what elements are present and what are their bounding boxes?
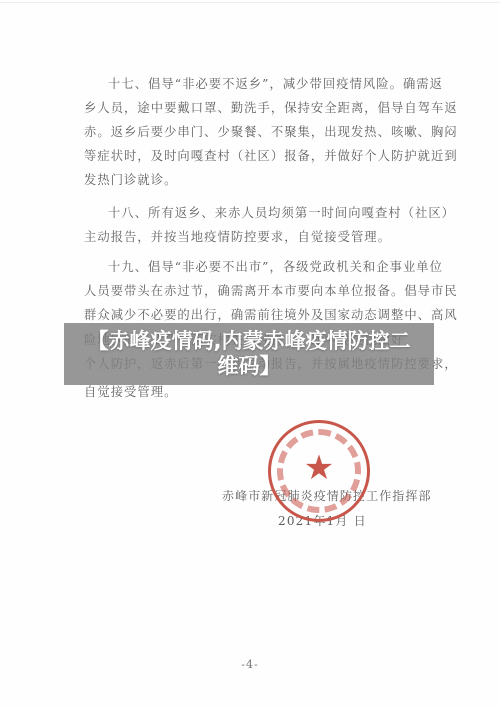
star-icon: ★ (271, 451, 367, 485)
official-seal: ★ (268, 420, 370, 522)
article-title: 【赤峰疫情码,内蒙赤峰疫情防控二维码】 (79, 329, 419, 379)
paragraph-18-line-1: 十八、所有返乡、来赤人员均须第一时间向嘎查村（社区） (108, 205, 420, 221)
paragraph-18-line-2: 主动报告，并按当地疫情防控要求，自觉接受管理。 (84, 229, 420, 245)
paragraph-17-line-4: 等症状时，及时向嘎查村（社区）报备，并做好个人防护就近到 (84, 148, 420, 164)
page-number: -4- (0, 658, 500, 671)
paragraph-19-line-1: 十九、倡导“非必要不出市”，各级党政机关和企事业单位 (108, 259, 420, 275)
paragraph-19-line-6: 自觉接受管理。 (84, 384, 420, 400)
paragraph-17-line-3: 赤。返乡后要少串门、少聚餐、不聚集，出现发热、咳嗽、胸闷 (84, 124, 420, 140)
paragraph-19-line-2: 人员要带头在赤过节，确需离开本市要向本单位报备。倡导市民 (84, 283, 420, 299)
paragraph-17-line-5: 发热门诊就诊。 (84, 172, 420, 188)
page-top-edge (0, 2, 500, 3)
paragraph-17-line-2: 乡人员，途中要戴口罩、勤洗手，保持安全距离，倡导自驾车返 (84, 100, 420, 116)
paragraph-17-line-1: 十七、倡导“非必要不返乡”，减少带回疫情风险。确需返 (108, 76, 420, 92)
paragraph-19-line-3: 群众减少不必要的出行，确需前往境外及国家动态调整中、高风 (84, 307, 420, 323)
title-overlay-banner: 【赤峰疫情码,内蒙赤峰疫情防控二维码】 (64, 323, 434, 385)
